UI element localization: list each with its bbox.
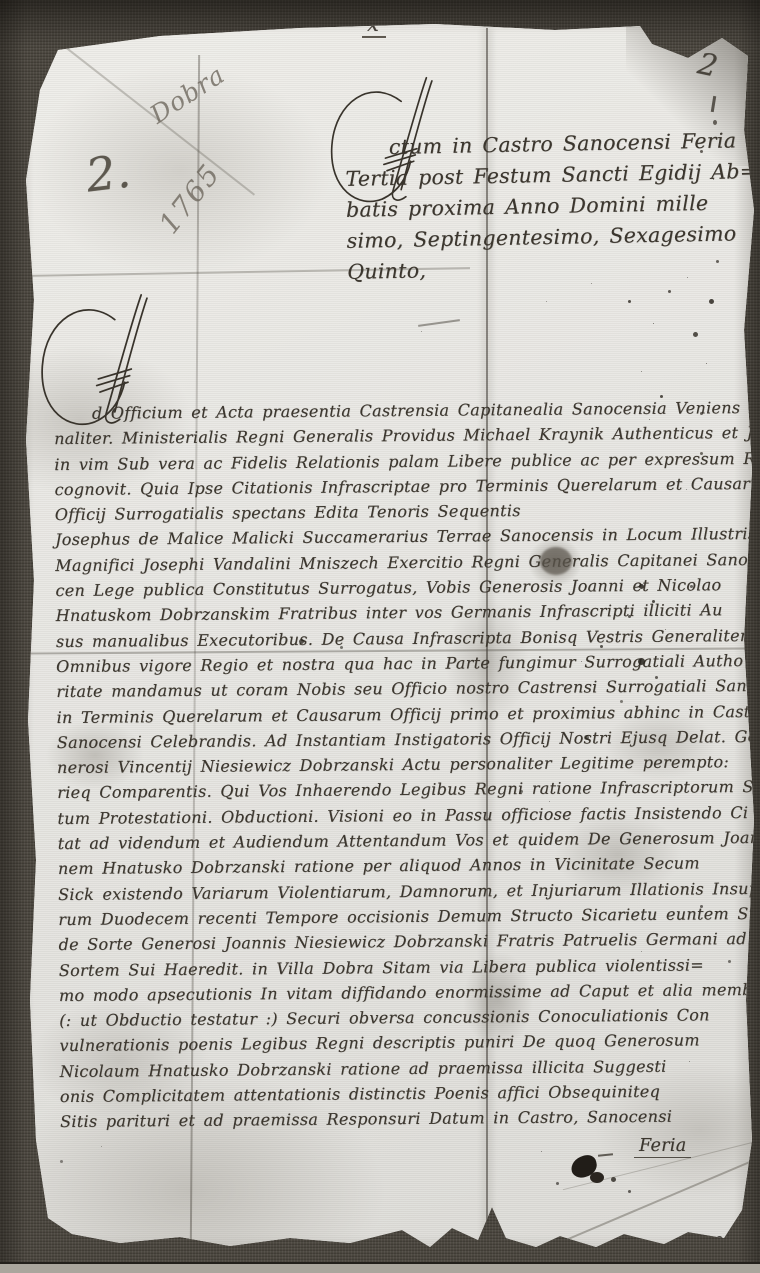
body-initial-letter: A	[24, 290, 25, 291]
corner-ink-dot	[713, 120, 717, 125]
ink-speckles	[0, 0, 3, 3]
paper-sheet: x 2 Dobra 2. 1765 A ctum in Castro Sa	[0, 0, 760, 1273]
ink-blot	[590, 1172, 604, 1183]
pen-dash	[598, 1153, 613, 1157]
body-line: Sitis parituri et ad praemissa Responsur…	[60, 1103, 760, 1134]
ink-speckles	[0, 0, 3, 3]
scanner-edge-strip	[0, 1262, 760, 1273]
docket-word: Dobra	[145, 60, 230, 130]
body-paragraph: d Officium et Acta praesentia Castrensia…	[54, 395, 760, 1135]
file-number: 2.	[83, 143, 134, 202]
manuscript-scan: x 2 Dobra 2. 1765 A ctum in Castro Sa	[0, 0, 760, 1273]
closing-catchword: Feria	[634, 1136, 691, 1158]
heading-line: Quinto,	[347, 249, 750, 288]
pen-flourish-dash	[418, 319, 460, 327]
top-collation-mark: x	[362, 12, 386, 38]
ink-speckles	[0, 0, 3, 3]
ink-blot	[540, 547, 572, 575]
year-annotation: 1765	[152, 157, 227, 240]
heading-paragraph: ctum in Castro Sanocensi Feria Tertia po…	[345, 125, 750, 288]
